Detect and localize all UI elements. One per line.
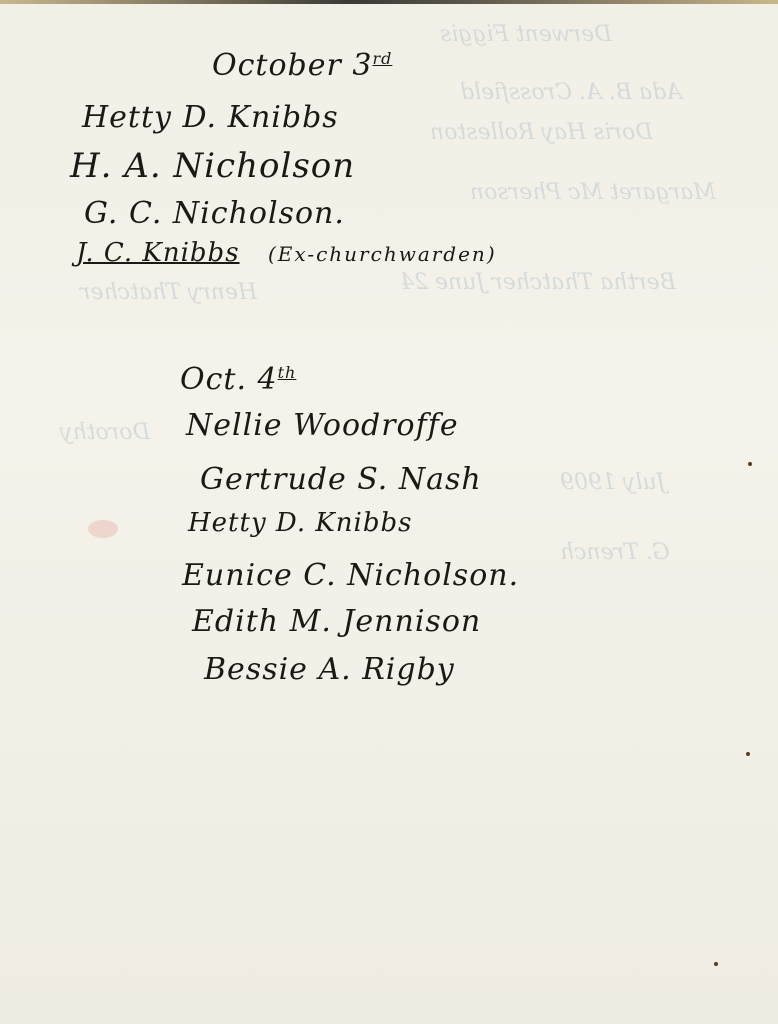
signature: Hetty D. Knibbs <box>82 100 339 135</box>
ink-speck <box>748 462 752 466</box>
signature: Edith M. Jennison <box>192 604 481 639</box>
signature: Bessie A. Rigby <box>204 652 455 687</box>
ink-speck <box>714 962 718 966</box>
bleed-through-line: Margaret Mc Pherson <box>470 180 716 205</box>
bleed-through-line: July 1909 <box>560 470 665 495</box>
signature: H. A. Nicholson <box>70 146 355 186</box>
bleed-through-line: Derwent Figgis <box>440 22 612 47</box>
book-spine-edge <box>0 0 778 4</box>
bleed-through-line: Doris Hay Rolleston <box>430 120 653 145</box>
date-suffix: th <box>278 363 297 382</box>
signature: G. C. Nicholson. <box>84 196 345 231</box>
date-heading-oct-4: Oct. 4th <box>180 362 296 397</box>
signature: Eunice C. Nicholson. <box>182 558 519 593</box>
signature: J. C. Knibbs <box>76 238 240 268</box>
signature: Nellie Woodroffe <box>186 408 459 443</box>
signature-annotation: (Ex-churchwarden) <box>268 242 497 266</box>
date-heading-october-3: October 3rd <box>212 48 392 83</box>
red-stain <box>88 520 118 538</box>
bleed-through-line: Ada B. A. Crossfield <box>460 80 682 105</box>
signature: Gertrude S. Nash <box>200 462 482 497</box>
signature: Hetty D. Knibbs <box>188 508 412 538</box>
ink-speck <box>746 752 750 756</box>
date-text: October 3 <box>212 48 372 83</box>
date-text: Oct. 4 <box>180 362 278 397</box>
bleed-through-line: Henry Thatcher <box>80 280 257 305</box>
bleed-through-line: G. Trench <box>560 540 670 565</box>
register-page: Derwent Figgis Ada B. A. Crossfield Dori… <box>0 0 778 1024</box>
date-suffix: rd <box>372 49 392 68</box>
bleed-through-line: Dorothy <box>60 420 150 445</box>
bleed-through-line: Bertha Thatcher June 24 <box>400 270 676 295</box>
